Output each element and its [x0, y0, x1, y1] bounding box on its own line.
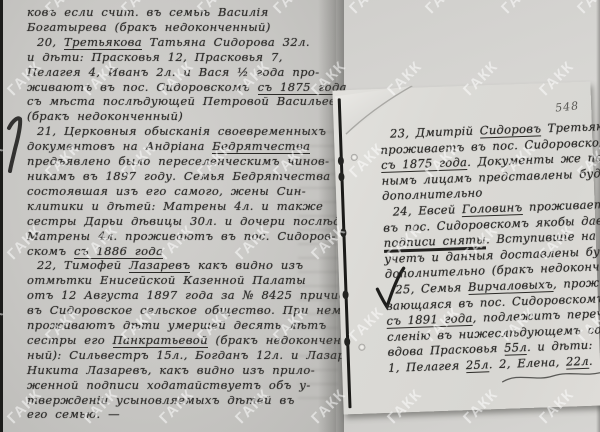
punch-hole [351, 154, 358, 161]
underlined-text: 55л [504, 340, 527, 356]
handwritten-line: 21, Церковныя обысканія своевременныхъ [27, 124, 339, 139]
underlined-text: Сидоровъ [480, 121, 542, 138]
stitch-knot [342, 290, 348, 299]
handwritten-line: сестры его Панкратьевой (бракъ недоконче… [27, 333, 339, 348]
handwritten-line: его семью. — [27, 407, 339, 422]
underlined-text: 25л [466, 357, 489, 373]
margin-ink-stroke [5, 116, 27, 174]
handwritten-line: сестры Дарьи дѣвицы 30л. и дочери послѣд… [27, 214, 339, 229]
left-page: ковъ если счит. въ семьѣ ВасиліяБогатыре… [3, 0, 338, 432]
stitch-knot [344, 337, 350, 346]
folio-page-number: 548 [555, 99, 580, 114]
punch-hole [358, 344, 365, 351]
left-page-text: ковъ если счит. въ семьѣ ВасиліяБогатыре… [27, 5, 339, 422]
handwritten-line: отмѣтки Енисейской Казенной Палаты [27, 273, 339, 288]
handwritten-line: Никита Лазаревъ, какъ видно изъ прило- [27, 363, 339, 378]
scan-left-edge [0, 0, 3, 432]
handwritten-line: въ Сидоровское сельское общество. При не… [27, 303, 339, 318]
stitch-knot [340, 228, 346, 237]
stitch-knot [338, 156, 344, 165]
stitch-knot [338, 172, 344, 181]
handwritten-line: Пелагея 4, Иванъ 2л. и Вася ½ года про- [27, 65, 339, 80]
handwritten-line: и дѣти: Прасковья 12, Прасковья 7, [27, 50, 339, 65]
handwritten-line: женной подписи ходатайствуетъ объ у- [27, 378, 339, 393]
handwritten-line: Матрены 4л. проживаютъ въ пос. Сидоров- [27, 229, 339, 244]
handwritten-line: (бракъ недоконченный) [27, 109, 339, 124]
handwritten-line: ковъ если счит. въ семьѣ Василія [27, 5, 339, 20]
underlined-text: Головинъ [462, 200, 523, 217]
underlined-text: Бедрятчества [212, 139, 310, 154]
underlined-text: съ 1886 года [74, 244, 163, 259]
handwritten-line: скомъ съ 1886 года [27, 244, 339, 259]
handwritten-line: съ мѣста послѣдующей Петровой Васильевны… [27, 94, 339, 109]
handwritten-line: отъ 12 Августа 1897 года за № 8425 причи… [27, 288, 339, 303]
underlined-text: Лазаревъ [129, 258, 190, 273]
flourish-stroke [500, 365, 600, 387]
handwritten-line: клитики и дѣтей: Матрены 4л. и также [27, 199, 339, 214]
handwritten-line: ный): Сильвестръ 15л., Богданъ 12л. и Ла… [27, 348, 339, 363]
handwritten-line: документовъ на Андріана Бедрятчества [27, 139, 339, 154]
handwritten-line: состоявшая изъ его самого, жены Син- [27, 184, 339, 199]
handwritten-line: 20, Третьякова Татьяна Сидорова 32л. [27, 35, 339, 50]
archival-document-scan: ковъ если счит. въ семьѣ ВасиліяБогатыре… [0, 0, 600, 432]
handwritten-line: живаютъ въ пос. Сидоровскомъ съ 1875 год… [27, 80, 339, 95]
handwritten-line: Богатырева (бракъ недоконченный) [27, 20, 339, 35]
handwritten-line: твержденіи усыновляемыхъ дѣтей въ [27, 393, 339, 408]
attached-loose-sheet: 548 23, Дмитрій Сидоровъ Третьяковъпрожи… [332, 82, 600, 415]
underlined-text: Панкратьевой [113, 333, 208, 348]
handwritten-line: проживаютъ дѣти умершей десять лѣтъ [27, 318, 339, 333]
attached-sheet-text: 23, Дмитрій Сидоровъ Третьяковъпроживает… [380, 120, 599, 377]
handwritten-line: никамъ въ 1897 году. Семья Бедрятчества [27, 169, 339, 184]
handwritten-line: предъявлено было переселенческимъ чинов- [27, 154, 339, 169]
underlined-text: Третьякова [64, 35, 142, 50]
handwritten-line: 22, Тимофей Лазаревъ какъ видно изъ [27, 258, 339, 273]
